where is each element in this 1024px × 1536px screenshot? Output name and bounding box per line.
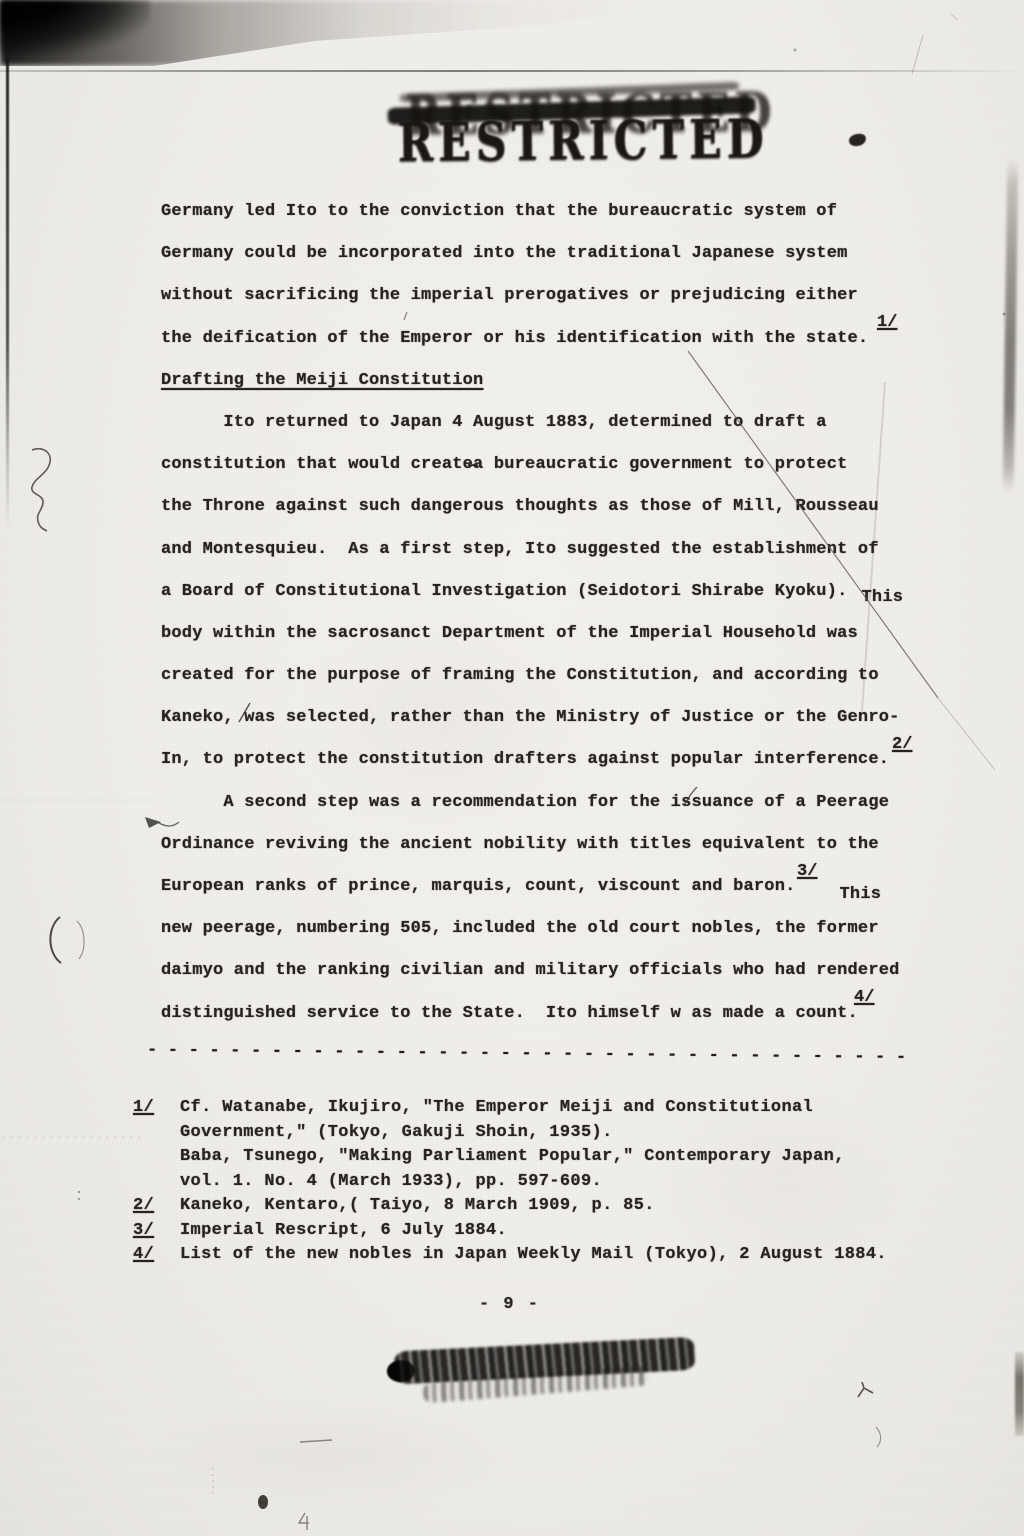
footnote-line: 4/List of the new nobles in Japan Weekly… — [133, 1243, 933, 1268]
text-line: distinguished service to the State. Ito … — [161, 993, 941, 1035]
footnote-ref-3: 3/ — [797, 862, 817, 881]
footnote-marker: 2/ — [133, 1194, 180, 1219]
footnote-marker-empty — [133, 1145, 180, 1170]
text-line: Ordinance reviving the ancient nobility … — [161, 824, 941, 866]
footnote-text: List of the new nobles in Japan Weekly M… — [180, 1243, 887, 1268]
footnote-line: Baba, Tsunego, "Making Parliament Popula… — [133, 1145, 933, 1170]
pen-bracket-mark — [876, 1427, 881, 1447]
text-line: a Board of Constitutional Investigation … — [161, 571, 941, 613]
text-line: and Montesquieu. As a first step, Ito su… — [161, 529, 941, 571]
text-line: body within the sacrosanct Department of… — [161, 613, 941, 655]
ink-blot — [848, 133, 867, 147]
pen-squiggle-mark — [32, 449, 50, 531]
footnotes-block: 1/Cf. Watanabe, Ikujiro, "The Emperor Me… — [133, 1096, 933, 1268]
footnote-separator: - - - - - - - - - - - - - - - - - - - - … — [147, 1041, 906, 1067]
footnote-marker-empty — [133, 1121, 180, 1146]
footnote-marker-empty — [133, 1170, 180, 1195]
footnote-ref-4: 4/ — [854, 988, 874, 1007]
text-line: daimyo and the ranking civilian and mili… — [161, 950, 941, 992]
footnote-text: Kaneko, Kentaro,( Taiyo, 8 March 1909, p… — [180, 1194, 655, 1219]
text-line: the Throne against such dangerous though… — [161, 486, 941, 528]
text-line: Germany led Ito to the conviction that t… — [161, 191, 941, 233]
text-line-segment: European ranks of prince, marquis, count… — [161, 877, 796, 896]
text-line: In, to protect the constitution drafters… — [161, 739, 941, 781]
dust-speck — [793, 48, 796, 51]
page-number: - 9 - — [479, 1295, 540, 1314]
offset-word: This — [840, 874, 882, 916]
restricted-stamp-text: RESTRICTED — [398, 112, 769, 170]
restricted-stamp: RESTRICTED RESTRICTED — [398, 112, 759, 176]
scan-strip-bottom-right — [1015, 1352, 1024, 1436]
pen-circle-mark — [50, 917, 61, 963]
footnote-line: Government," (Tokyo, Gakuji Shoin, 1935)… — [133, 1121, 933, 1146]
ink-blot-small — [258, 1495, 268, 1509]
text-line: constitution that would create̶a bureauc… — [161, 444, 941, 486]
footnote-ref-2: 2/ — [892, 735, 912, 754]
footnote-text: Baba, Tsunego, "Making Parliament Popula… — [180, 1145, 845, 1170]
pen-circle-mark — [77, 921, 84, 959]
text-line: Germany could be incorporated into the t… — [161, 233, 941, 275]
footnote-line: 2/Kaneko, Kentaro,( Taiyo, 8 March 1909,… — [133, 1194, 933, 1219]
text-line: created for the purpose of framing the C… — [161, 655, 941, 697]
footnote-line: 3/Imperial Rescript, 6 July 1884. — [133, 1219, 933, 1244]
footnote-line: vol. 1. No. 4 (March 1933), pp. 597-609. — [133, 1170, 933, 1195]
scratch-mark — [951, 14, 958, 20]
footnote-ref-1: 1/ — [877, 313, 897, 332]
text-line: Kaneko, was selected, rather than the Mi… — [161, 697, 941, 739]
pen-arrow-mark — [145, 817, 161, 828]
scan-line-left-edge — [6, 58, 9, 530]
footnote-marker: 1/ — [133, 1096, 180, 1121]
dust-speck — [78, 1191, 80, 1193]
text-line: the deification of the Emperor or his id… — [161, 318, 941, 360]
footnote-text: Government," (Tokyo, Gakuji Shoin, 1935)… — [180, 1121, 613, 1146]
text-line: Ito returned to Japan 4 August 1883, det… — [161, 402, 941, 444]
footnote-marker: 3/ — [133, 1219, 180, 1244]
underline-dash-artifact — [300, 1440, 332, 1442]
footnote-line: 1/Cf. Watanabe, Ikujiro, "The Emperor Me… — [133, 1096, 933, 1121]
text-line: European ranks of prince, marquis, count… — [161, 866, 941, 908]
dust-speck — [78, 1198, 80, 1200]
text-line: without sacrificing the imperial preroga… — [161, 275, 941, 317]
obliterated-stamp-bottom — [392, 1332, 709, 1416]
document-page: RESTRICTED RESTRICTED Germany led Ito to… — [0, 0, 1024, 1536]
footnote-text: Imperial Rescript, 6 July 1884. — [180, 1219, 507, 1244]
scan-smudge-top-left-dark — [0, 0, 150, 56]
footnote-marker: 4/ — [133, 1243, 180, 1268]
text-line: new peerage, numbering 505, included the… — [161, 908, 941, 950]
footnote-text: vol. 1. No. 4 (March 1933), pp. 597-609. — [180, 1170, 602, 1195]
footnote-text: Cf. Watanabe, Ikujiro, "The Emperor Meij… — [180, 1096, 813, 1121]
scratch-mark — [912, 35, 923, 74]
diagonal-crease-line-faint — [938, 698, 995, 770]
text-line-segment: a Board of Constitutional Investigation … — [161, 582, 848, 601]
text-line: A second step was a recommendation for t… — [161, 782, 941, 824]
page-fold-shadow-right — [1003, 158, 1019, 493]
scan-line-top — [0, 70, 1024, 72]
pen-hook-mark — [858, 1382, 873, 1397]
body-text: Germany led Ito to the conviction that t… — [161, 191, 941, 1035]
offset-word: This — [862, 577, 904, 619]
section-heading: Drafting the Meiji Constitution — [161, 360, 941, 402]
pencil-four-mark — [299, 1513, 309, 1530]
